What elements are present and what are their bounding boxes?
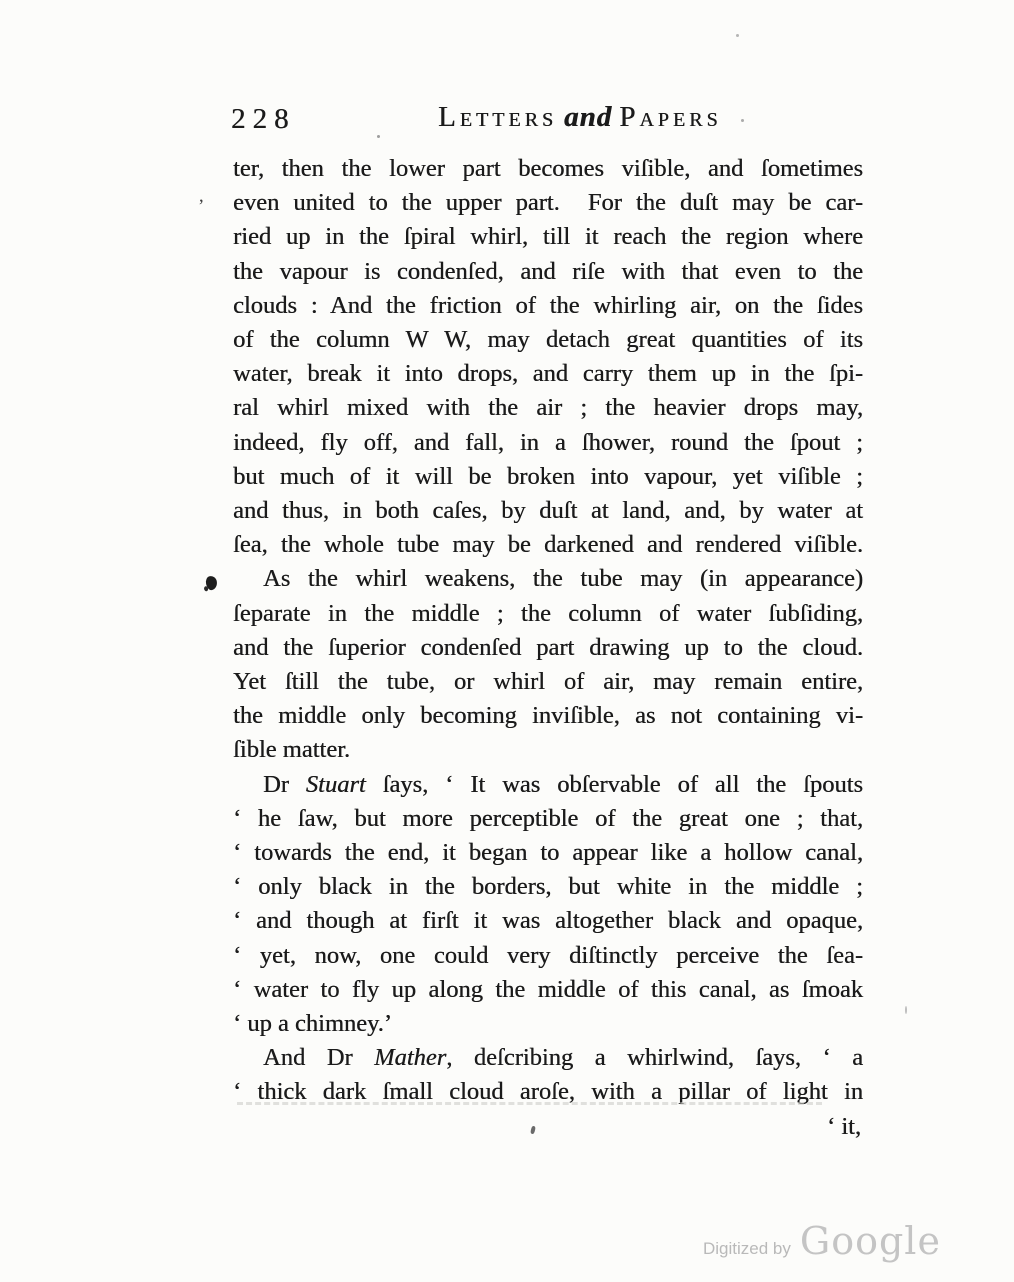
body-line: of the column W W, may detach great quan… [233, 323, 863, 357]
body-line: the vapour is condenſed, and riſe with t… [233, 255, 863, 289]
body-line-paragraph-start: As the whirl weakens, the tube may (in a… [233, 562, 863, 596]
book-page-scan: 228 LettersandPapers ’ ter, then the low… [0, 0, 1014, 1282]
body-line: but much of it will be broken into vapou… [233, 460, 863, 494]
scan-artifact-speck [377, 135, 380, 138]
body-line: ſeparate in the middle ; the column of w… [233, 597, 863, 631]
page-body-text: ter, then the lower part becomes viſible… [233, 152, 863, 1144]
body-line: ried up in the ſpiral whirl, till it rea… [233, 220, 863, 254]
body-line: even united to the upper part. For the d… [233, 186, 863, 220]
body-line-paragraph-start: Dr Stuart ſays, ‘ It was obſervable of a… [233, 768, 863, 802]
line-text: ſays, ‘ It was obſervable of all the ſpo… [366, 771, 863, 798]
ink-blot-mark [205, 575, 219, 591]
body-line-quoted: ‘ and though at firſt it was altogether … [233, 904, 863, 938]
running-header-conjunction: and [564, 101, 612, 133]
body-line: and thus, in both caſes, by duſt at land… [233, 494, 863, 528]
body-line-paragraph-end: ‘ up a chimney.’ [233, 1007, 863, 1041]
body-line-quoted: ‘ towards the end, it began to appear li… [233, 836, 863, 870]
scan-artifact-bleedthrough [237, 1102, 822, 1105]
running-header-left: Letters [438, 101, 557, 133]
page-number: 228 [231, 103, 296, 136]
body-line-quoted: ‘ he ſaw, but more perceptible of the gr… [233, 802, 863, 836]
running-header: LettersandPapers [438, 101, 722, 134]
body-line: indeed, fly off, and fall, in a ſhower, … [233, 426, 863, 460]
body-line: the middle only becoming inviſible, as n… [233, 699, 863, 733]
google-logo: Google [800, 1219, 941, 1263]
body-line-quoted: ‘ only black in the borders, but white i… [233, 870, 863, 904]
body-line-paragraph-start: And Dr Mather, deſcribing a whirlwind, ſ… [233, 1041, 863, 1075]
body-line-quoted: ‘ water to fly up along the middle of th… [233, 973, 863, 1007]
person-name-italic: Mather [374, 1044, 446, 1071]
body-line: water, break it into drops, and carry th… [233, 357, 863, 391]
scan-artifact-quote: ’ [198, 196, 204, 218]
line-text: Dr [263, 771, 306, 798]
running-header-right: Papers [619, 101, 721, 133]
watermark-prefix: Digitized by [703, 1239, 791, 1259]
body-line: ral whirl mixed with the air ; the heavi… [233, 391, 863, 425]
body-line-quoted: ‘ yet, now, one could very diſtinctly pe… [233, 939, 863, 973]
catchword: ‘ it, [233, 1110, 863, 1144]
scan-artifact-speck [741, 119, 744, 122]
scan-artifact-speck [736, 34, 739, 37]
person-name-italic: Stuart [306, 771, 366, 798]
body-line: and the ſuperior condenſed part drawing … [233, 631, 863, 665]
scan-artifact-speck [905, 1006, 907, 1014]
body-line-paragraph-end: ſible matter. [233, 733, 863, 767]
line-text: And Dr [263, 1044, 374, 1071]
body-line: Yet ſtill the tube, or whirl of air, may… [233, 665, 863, 699]
body-line: ſea, the whole tube may be darkened and … [233, 528, 863, 562]
body-line: ter, then the lower part becomes viſible… [233, 152, 863, 186]
digitization-watermark: Digitized by Google [703, 1219, 941, 1263]
line-text: , deſcribing a whirlwind, ſays, ‘ a [446, 1044, 863, 1071]
body-line: clouds : And the friction of the whirlin… [233, 289, 863, 323]
